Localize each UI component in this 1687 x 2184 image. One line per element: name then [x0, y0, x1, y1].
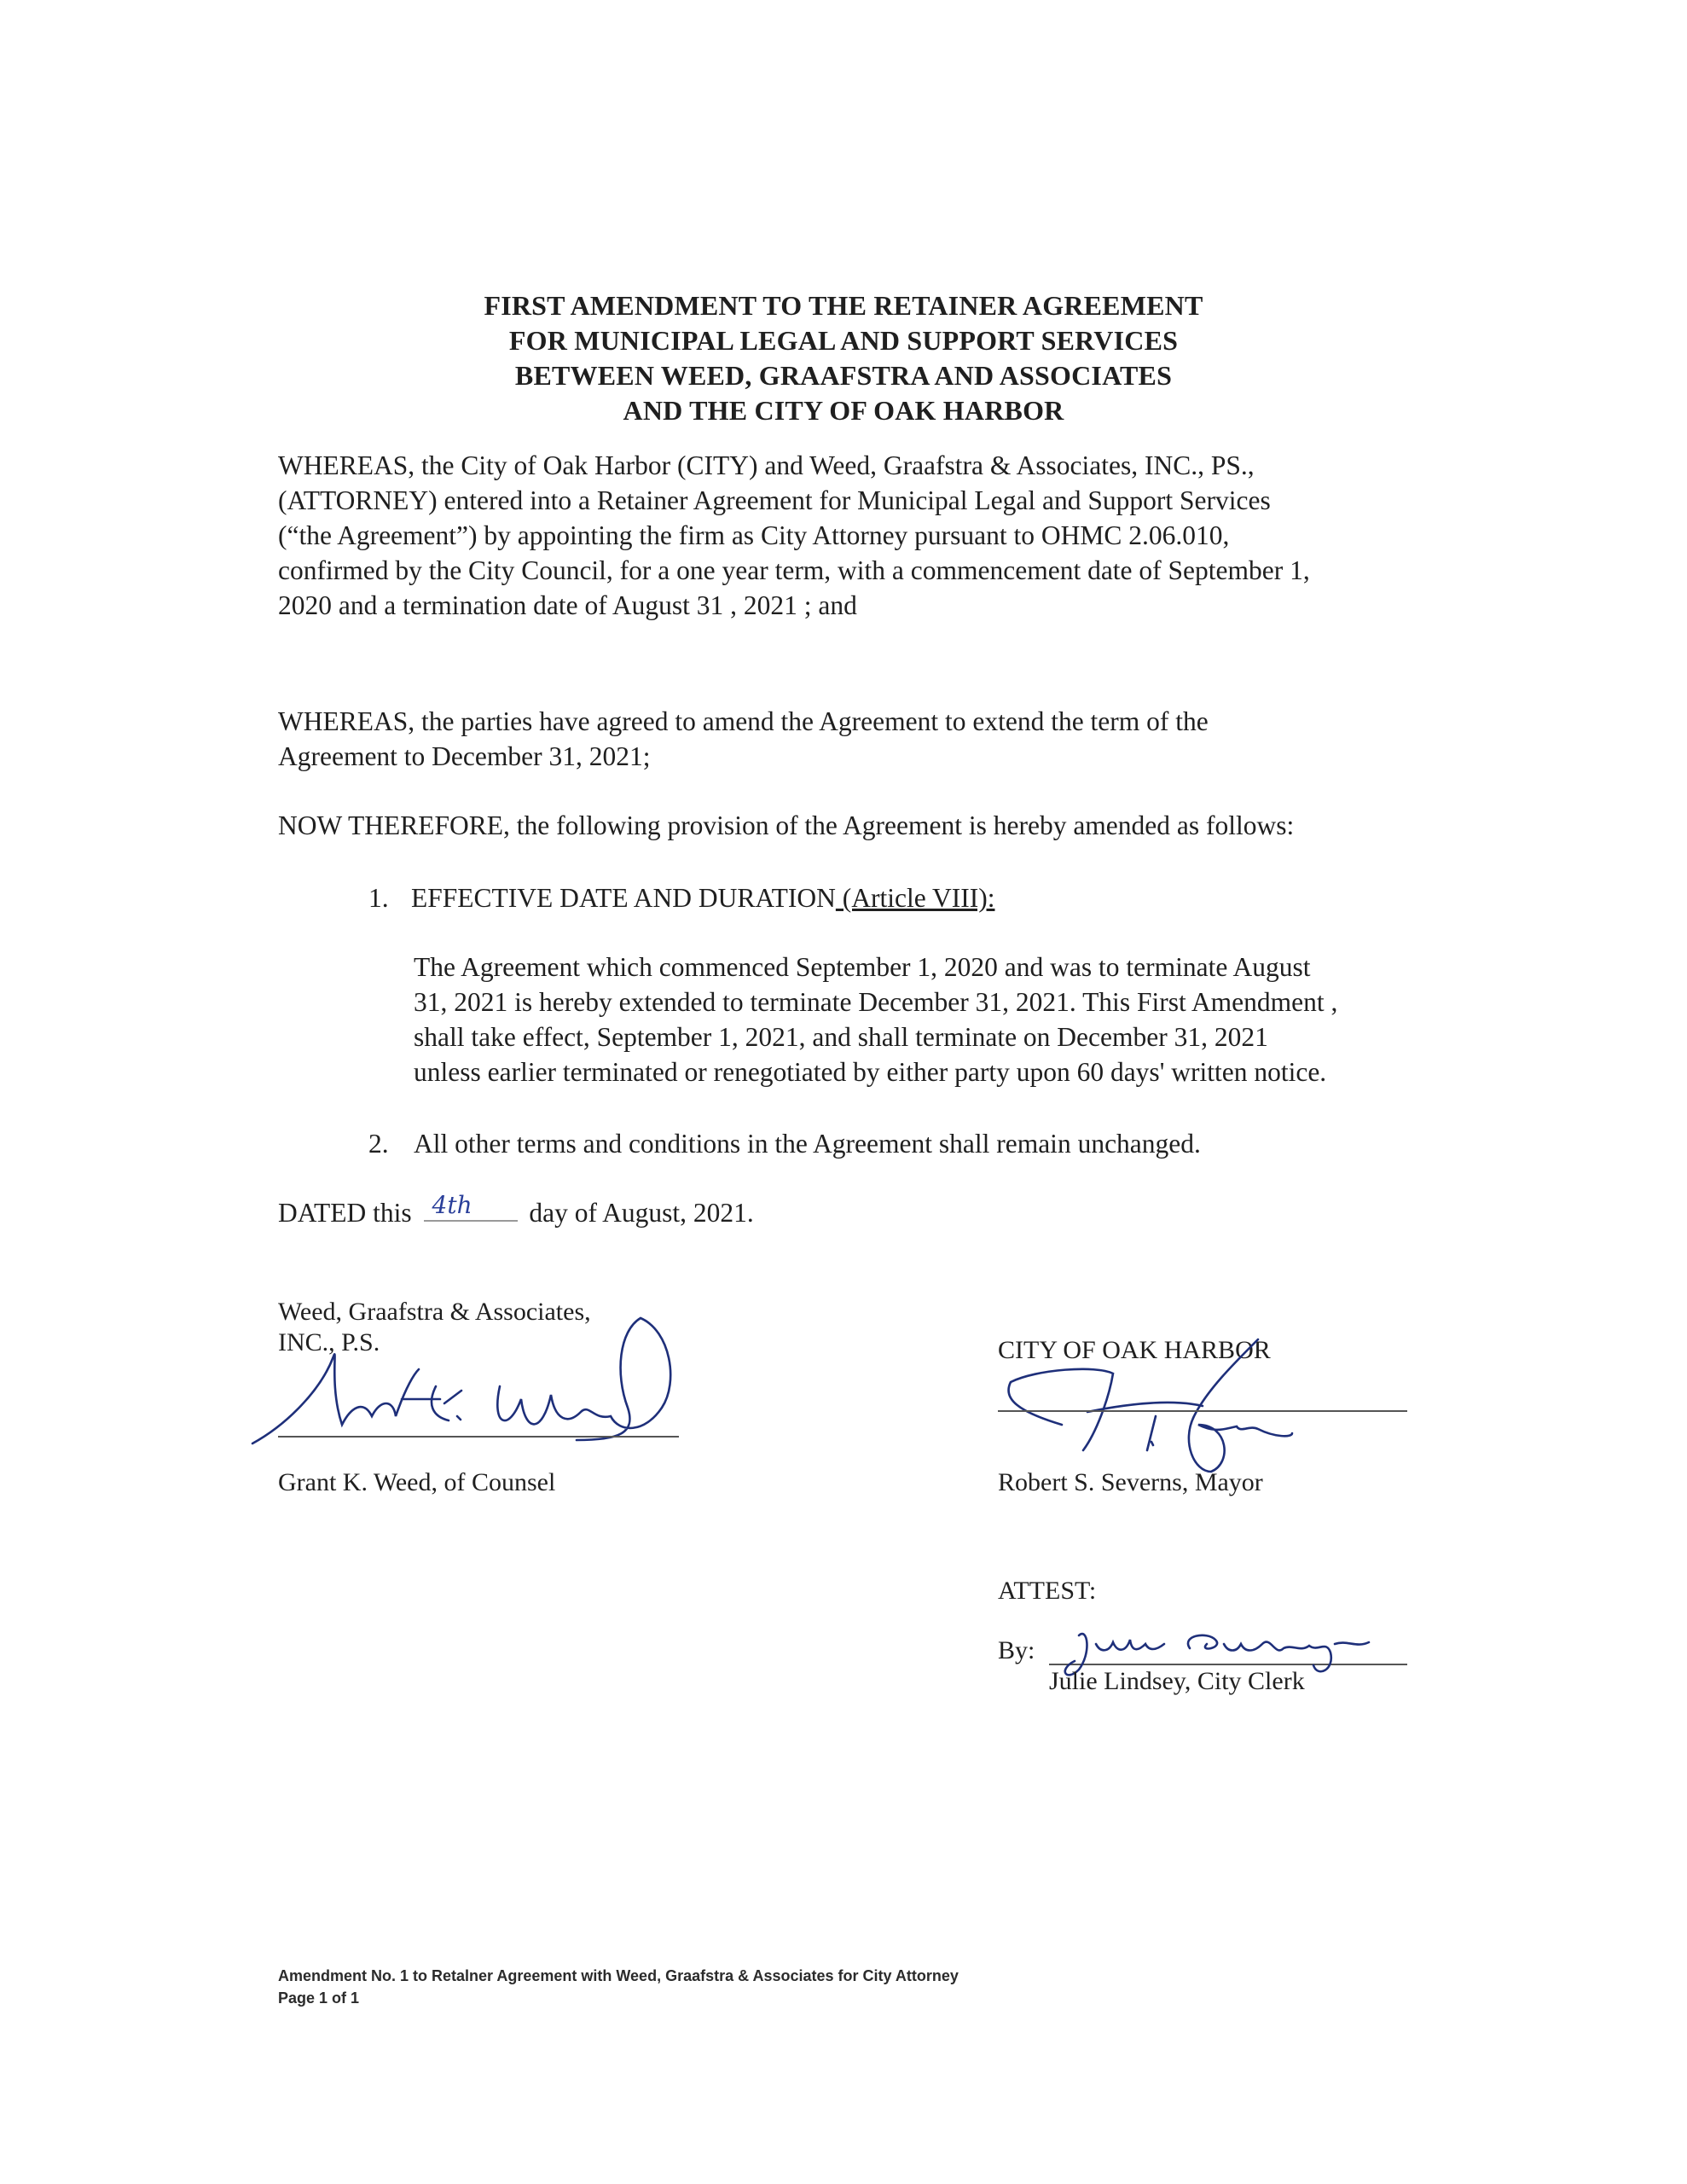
text-line: shall take effect, September 1, 2021, an…: [414, 1019, 1608, 1054]
title-line: AND THE CITY OF OAK HARBOR: [0, 393, 1687, 428]
by-label: By:: [998, 1636, 1035, 1664]
dated-line: DATED this 4th day of August, 2021.: [278, 1194, 754, 1230]
item-number: 1.: [368, 880, 411, 915]
amendment-item-2: 2.All other terms and conditions in the …: [368, 1126, 1201, 1161]
recital-paragraph-2: WHEREAS, the parties have agreed to amen…: [278, 704, 1472, 774]
dated-prefix: DATED this: [278, 1198, 412, 1228]
text-line: (ATTORNEY) entered into a Retainer Agree…: [278, 483, 1472, 518]
signature-line: [998, 1410, 1407, 1412]
text-line: NOW THEREFORE, the following provision o…: [278, 808, 1472, 843]
text-line: 2020 and a termination date of August 31…: [278, 588, 1472, 623]
now-therefore-clause: NOW THEREFORE, the following provision o…: [278, 808, 1472, 843]
amendment-item-1: 1.EFFECTIVE DATE AND DURATION (Article V…: [368, 880, 994, 915]
document-page: FIRST AMENDMENT TO THE RETAINER AGREEMEN…: [0, 0, 1687, 2184]
text-line: confirmed by the City Council, for a one…: [278, 553, 1472, 588]
item-heading-reference: (Article VIII):: [836, 883, 995, 913]
clerk-signer-name: Julie Lindsey, City Clerk: [1049, 1666, 1305, 1697]
mayor-signer-name: Robert S. Severns, Mayor: [998, 1467, 1263, 1498]
handwritten-day: 4th: [432, 1188, 472, 1223]
attest-label: ATTEST:: [998, 1576, 1096, 1606]
signature-line: [278, 1436, 679, 1438]
attorney-signature-icon: [252, 1305, 696, 1450]
text-line: (“the Agreement”) by appointing the firm…: [278, 518, 1472, 553]
text-line: Agreement to December 31, 2021;: [278, 739, 1472, 774]
amendment-item-1-body: The Agreement which commenced September …: [414, 950, 1608, 1089]
recital-paragraph-1: WHEREAS, the City of Oak Harbor (CITY) a…: [278, 448, 1472, 623]
title-line: FOR MUNICIPAL LEGAL AND SUPPORT SERVICES: [0, 323, 1687, 358]
title-line: BETWEEN WEED, GRAAFSTRA AND ASSOCIATES: [0, 358, 1687, 393]
document-title: FIRST AMENDMENT TO THE RETAINER AGREEMEN…: [0, 288, 1687, 428]
text-line: 31, 2021 is hereby extended to terminate…: [414, 985, 1608, 1019]
text-line: WHEREAS, the parties have agreed to amen…: [278, 704, 1472, 739]
footer-document-name: Amendment No. 1 to Retalner Agreement wi…: [278, 1965, 959, 1987]
city-signature-block: CITY OF OAK HARBOR Robert S. Severns, Ma…: [998, 1335, 1271, 1366]
day-blank: 4th: [424, 1194, 518, 1222]
item-text: All other terms and conditions in the Ag…: [414, 1129, 1201, 1159]
text-line: WHEREAS, the City of Oak Harbor (CITY) a…: [278, 448, 1472, 483]
attorney-signer-name: Grant K. Weed, of Counsel: [278, 1467, 555, 1498]
mayor-signature-icon: [1002, 1331, 1309, 1484]
item-number: 2.: [368, 1126, 414, 1161]
page-footer: Amendment No. 1 to Retalner Agreement wi…: [278, 1965, 959, 2009]
text-line: unless earlier terminated or renegotiate…: [414, 1054, 1608, 1089]
item-heading: EFFECTIVE DATE AND DURATION: [411, 883, 836, 913]
attorney-signature-block: Weed, Graafstra & Associates, INC., P.S.…: [278, 1297, 591, 1358]
attest-by-line: By:: [998, 1635, 1035, 1666]
dated-suffix: day of August, 2021.: [529, 1198, 753, 1228]
title-line: FIRST AMENDMENT TO THE RETAINER AGREEMEN…: [0, 288, 1687, 323]
footer-page-number: Page 1 of 1: [278, 1987, 959, 2009]
text-line: The Agreement which commenced September …: [414, 950, 1608, 985]
